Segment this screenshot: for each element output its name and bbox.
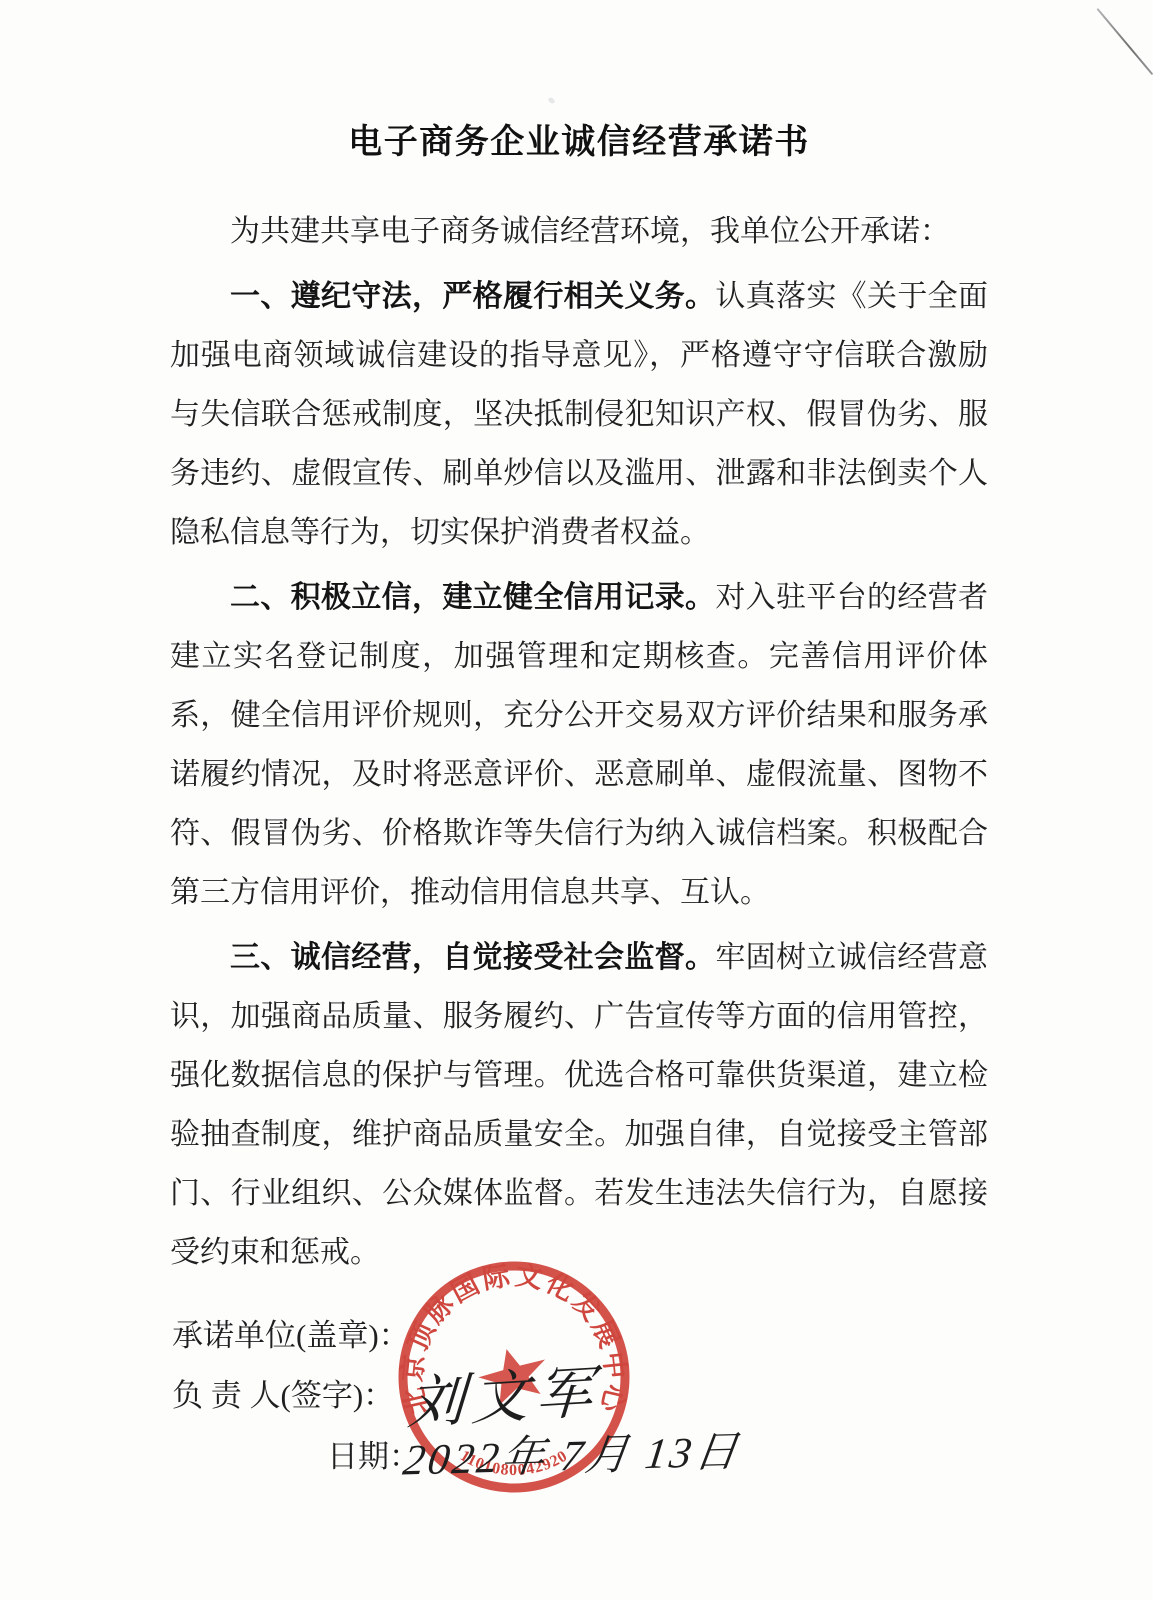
paragraph-2-text: 对入驻平台的经营者建立实名登记制度，加强管理和定期核查。完善信用评价体系，健全信… xyxy=(170,581,988,909)
document-content: 电子商务企业诚信经营承诺书 为共建共享电子商务诚信经营环境，我单位公开承诺： 一… xyxy=(170,120,988,1282)
paragraph-2-lead: 二、积极立信，建立健全信用记录。 xyxy=(230,581,715,614)
paragraph-2: 二、积极立信，建立健全信用记录。对入驻平台的经营者建立实名登记制度，加强管理和定… xyxy=(170,568,988,922)
paragraph-3: 三、诚信经营，自觉接受社会监督。牢固树立诚信经营意识，加强商品质量、服务履约、广… xyxy=(170,928,988,1282)
responsible-person-label: 负 责 人(签字)： xyxy=(172,1376,394,1416)
document-body: 为共建共享电子商务诚信经营环境，我单位公开承诺： 一、遵纪守法，严格履行相关义务… xyxy=(170,202,988,1282)
intro-paragraph: 为共建共享电子商务诚信经营环境，我单位公开承诺： xyxy=(170,202,988,261)
paragraph-1-lead: 一、遵纪守法，严格履行相关义务。 xyxy=(230,280,715,313)
paragraph-3-text: 牢固树立诚信经营意识，加强商品质量、服务履约、广告宣传等方面的信用管控，强化数据… xyxy=(170,941,988,1269)
scan-corner-line xyxy=(1096,8,1153,75)
intro-text: 为共建共享电子商务诚信经营环境，我单位公开承诺： xyxy=(230,215,950,248)
paragraph-1: 一、遵纪守法，严格履行相关义务。认真落实《关于全面加强电商领域诚信建设的指导意见… xyxy=(170,267,988,562)
paragraph-3-lead: 三、诚信经营，自觉接受社会监督。 xyxy=(230,941,715,974)
handwritten-date: 2022年 7月 13日 xyxy=(400,1417,745,1487)
unit-seal-label: 承诺单位(盖章)： xyxy=(172,1316,410,1356)
scan-speck xyxy=(547,96,556,104)
paragraph-1-text: 认真落实《关于全面加强电商领域诚信建设的指导意见》，严格遵守守信联合激励与失信联… xyxy=(170,280,988,549)
document-page: 电子商务企业诚信经营承诺书 为共建共享电子商务诚信经营环境，我单位公开承诺： 一… xyxy=(0,0,1153,1600)
page-title: 电子商务企业诚信经营承诺书 xyxy=(170,120,988,164)
